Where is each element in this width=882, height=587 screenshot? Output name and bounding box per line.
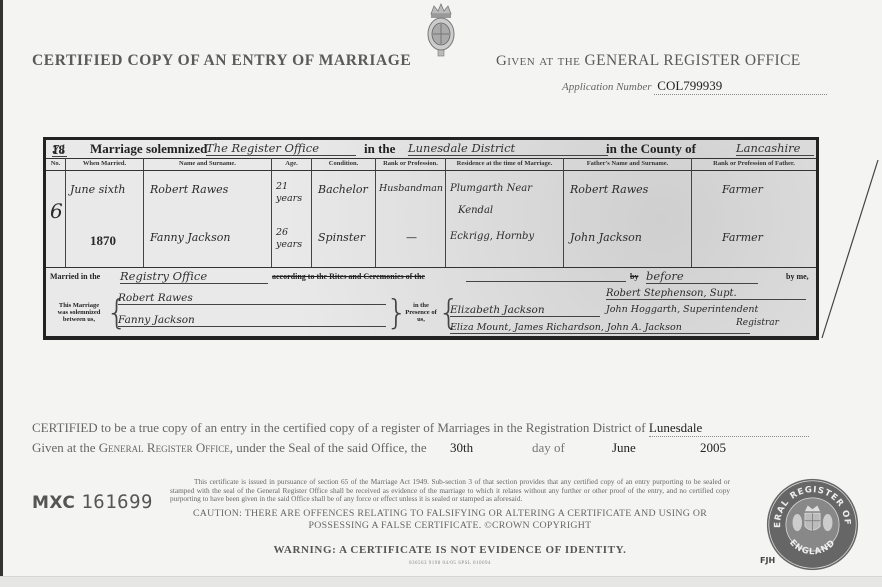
bride-signature: Fanny Jackson [118, 314, 386, 327]
certification-year: 2005 [700, 440, 726, 456]
certificate-title: CERTIFIED COPY OF AN ENTRY OF MARRIAGE [32, 52, 411, 70]
page-edge [0, 0, 3, 587]
district: Lunesdale District [408, 141, 608, 156]
groom-condition: Bachelor [318, 183, 368, 196]
groom-signature: Robert Rawes [118, 292, 386, 305]
legal-notice: This certificate is issued in pursuance … [170, 478, 730, 504]
witness-1: Elizabeth Jackson [450, 304, 600, 317]
groom-residence: Plumgarth Near [450, 183, 532, 194]
bride-age: 26 years [276, 227, 308, 251]
witness-2: Eliza Mount, James Richardson, John A. J… [450, 322, 750, 334]
county: Lancashire [736, 141, 814, 156]
certification-day: 30th [450, 440, 473, 456]
groom-rank: Husbandman [379, 183, 443, 194]
register-column-headers: No. When Married. Name and Surname. Age.… [46, 158, 816, 171]
general-register-office-seal-icon: GENERAL REGISTER OFFICE × ENGLAND × [765, 477, 860, 572]
superintendent-signature: John Hoggarth, Superintendent [606, 304, 806, 315]
identity-warning: WARNING: A CERTIFICATE IS NOT EVIDENCE O… [170, 544, 730, 556]
certification-date-line: Given at the General Register Office, un… [32, 440, 427, 456]
form-codes: 036563 9198 04/05 SPSL 010694 [170, 561, 730, 566]
bride-father-rank: Farmer [722, 231, 763, 244]
issuing-office-title: Given at the GENERAL REGISTER OFFICE [496, 52, 801, 70]
groom-residence-town: Kendal [458, 205, 493, 216]
cancellation-line [820, 160, 880, 340]
bride-rank: — [406, 231, 417, 244]
married-in-line: Married in the Registry Office according… [46, 269, 816, 287]
caution-notice: CAUTION: THERE ARE OFFENCES RELATING TO … [170, 508, 730, 531]
registration-district: Lunesdale [649, 420, 809, 437]
royal-crest-icon [425, 2, 457, 60]
groom-age: 21 years [276, 181, 308, 205]
groom-name: Robert Rawes [150, 183, 228, 196]
registrar-signature: Robert Stephenson, Supt. [606, 288, 806, 300]
when-married: June sixth [70, 183, 125, 196]
certification-statement: CERTIFIED to be a true copy of an entry … [32, 420, 809, 437]
issuer-initials: FJH [760, 556, 775, 565]
signatures-section: This Marriage was solemnized between us,… [46, 290, 816, 338]
bride-condition: Spinster [318, 231, 365, 244]
certification-month: June [612, 440, 636, 456]
solemnized-place: The Register Office [206, 141, 356, 156]
application-number-value: COL799939 [654, 78, 827, 95]
bride-residence: Eckrigg, Hornby [450, 231, 534, 242]
officiant: before [646, 269, 758, 284]
bride-father-name: John Jackson [570, 231, 642, 244]
groom-father-name: Robert Rawes [570, 183, 648, 196]
register-heading: 1871. Marriage solemnized The Register O… [46, 140, 816, 159]
certificate-serial-number: MXC 161699 [32, 491, 153, 513]
married-in-place: Registry Office [120, 269, 268, 284]
registrar-title: Registrar [736, 318, 779, 328]
application-number: Application Number COL799939 [562, 78, 827, 95]
register-entry: 1871. Marriage solemnized The Register O… [43, 137, 819, 340]
page-bottom-edge [0, 576, 882, 587]
marriage-year: 1870 [90, 233, 116, 249]
entry-number: 6 [50, 199, 63, 223]
register-entry-row: 6 June sixth 1870 Robert Rawes Fanny Jac… [46, 171, 816, 268]
groom-father-rank: Farmer [722, 183, 763, 196]
bride-name: Fanny Jackson [150, 231, 230, 244]
